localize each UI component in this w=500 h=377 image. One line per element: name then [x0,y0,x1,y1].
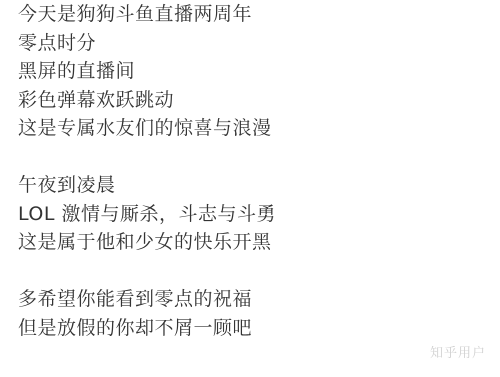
poem-line: 多希望你能看到零点的祝福 [18,285,276,314]
stanza-break [18,143,276,172]
stanza-3: 多希望你能看到零点的祝福 但是放假的你却不屑一顾吧 [18,285,276,342]
watermark: 知乎用户 [430,342,486,361]
text-image: 今天是狗狗斗鱼直播两周年 零点时分 黑屏的直播间 彩色弹幕欢跃跳动 这是专属水友… [0,0,500,377]
poem-line: 但是放假的你却不屑一顾吧 [18,314,276,343]
poem-line: 黑屏的直播间 [18,57,276,86]
stanza-break [18,257,276,286]
poem-line: 午夜到凌晨 [18,171,276,200]
stanza-2: 午夜到凌晨 LOL 激情与厮杀，斗志与斗勇 这是属于他和少女的快乐开黑 [18,171,276,257]
poem-line: 这是专属水友们的惊喜与浪漫 [18,114,276,143]
stanza-1: 今天是狗狗斗鱼直播两周年 零点时分 黑屏的直播间 彩色弹幕欢跃跳动 这是专属水友… [18,0,276,143]
poem-line: LOL 激情与厮杀，斗志与斗勇 [18,200,276,229]
poem-line: 彩色弹幕欢跃跳动 [18,86,276,115]
poem-line: 今天是狗狗斗鱼直播两周年 [18,0,276,29]
poem: 今天是狗狗斗鱼直播两周年 零点时分 黑屏的直播间 彩色弹幕欢跃跳动 这是专属水友… [18,0,276,342]
poem-line: 这是属于他和少女的快乐开黑 [18,228,276,257]
poem-line: 零点时分 [18,29,276,58]
